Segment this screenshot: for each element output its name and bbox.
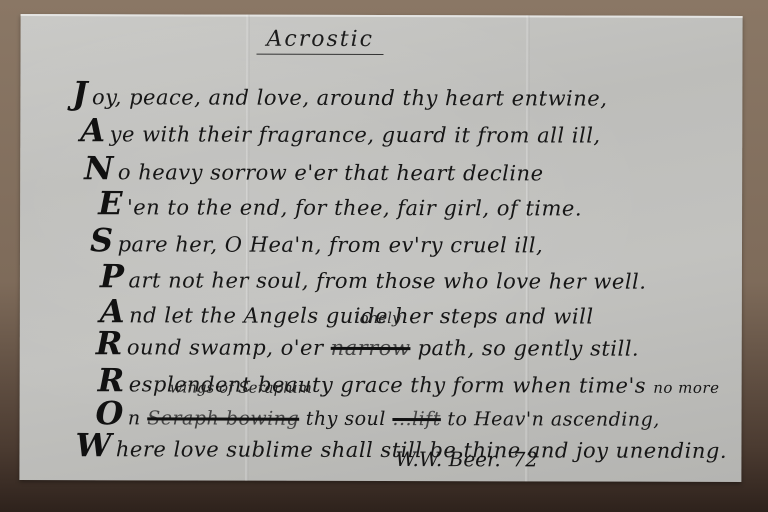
line-text: ye with their fragrance, guard it from a…: [110, 122, 601, 147]
poem-line-6: Part not her soul, from those who love h…: [100, 257, 647, 296]
line-text: art not her soul, from those who love he…: [128, 268, 646, 293]
poem-line-3: No heavy sorrow e'er that heart decline: [84, 149, 543, 188]
poem-line-1: Joy, peace, and love, around thy heart e…: [72, 74, 607, 113]
line-text: oy, peace, and love, around thy heart en…: [92, 85, 607, 110]
letter-paper: Acrostic Joy, peace, and love, around th…: [19, 14, 742, 482]
line-text: ound swamp, o'er: [127, 335, 324, 360]
poem-line-5: Spare her, O Hea'n, from ev'ry cruel ill…: [90, 221, 543, 260]
acrostic-initial: N: [84, 149, 114, 187]
line-text: pare her, O Hea'n, from ev'ry cruel ill,: [118, 232, 544, 257]
poem-title: Acrostic: [257, 27, 385, 55]
acrostic-initial: J: [72, 74, 88, 112]
acrostic-initial: A: [80, 111, 105, 149]
struck-word: narrow: [331, 336, 411, 360]
poem-line-2: Aye with their fragrance, guard it from …: [80, 111, 600, 150]
line-tail: no more: [653, 379, 719, 397]
signature: W.W. Beer. '72: [395, 447, 538, 471]
poem-line-8: Round swamp, o'er narrow path, so gently…: [96, 324, 640, 363]
acrostic-initial: E: [98, 184, 123, 222]
acrostic-initial: R: [96, 324, 123, 362]
line-text: o heavy sorrow e'er that heart decline: [118, 160, 544, 185]
acrostic-initial: S: [90, 221, 114, 259]
poem-line-4: E'en to the end, for thee, fair girl, of…: [98, 184, 582, 223]
acrostic-initial: P: [100, 257, 125, 295]
acrostic-initial: W: [75, 426, 112, 464]
line-text: 'en to the end, for thee, fair girl, of …: [127, 195, 582, 220]
line-text: path, so gently still.: [418, 336, 640, 361]
